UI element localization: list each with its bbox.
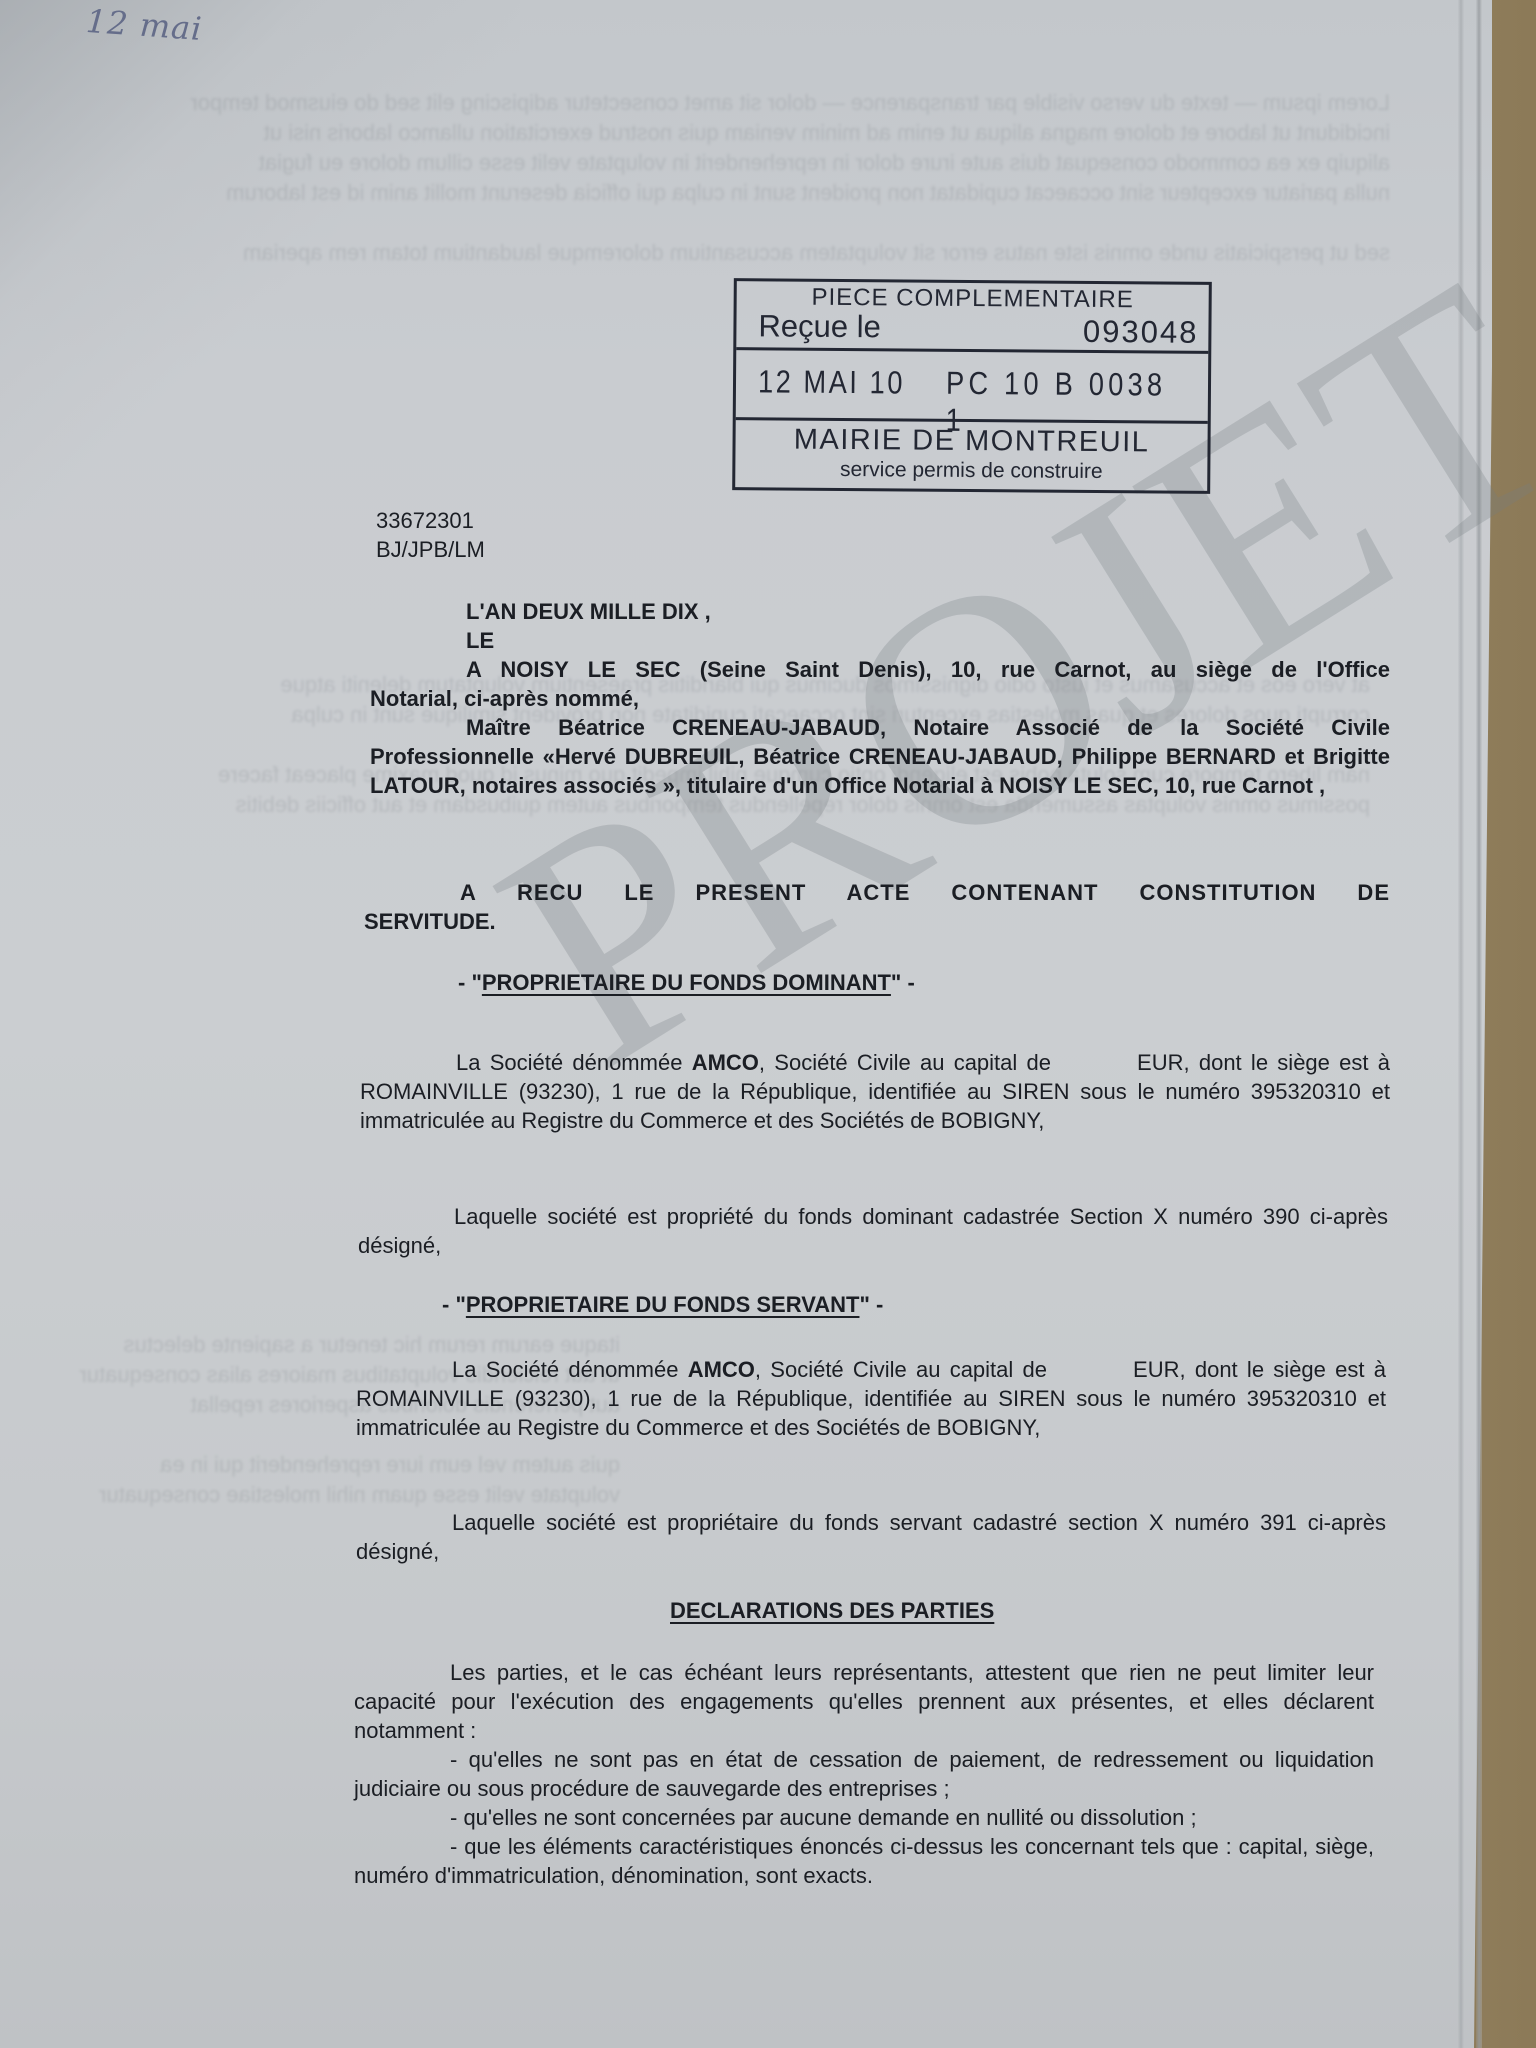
company-name: AMCO bbox=[692, 1050, 759, 1075]
deed-intro: L'AN DEUX MILLE DIX , LE A NOISY LE SEC … bbox=[370, 597, 1390, 800]
declarations-intro: Les parties, et le cas échéant leurs rep… bbox=[354, 1658, 1374, 1745]
date-line: LE bbox=[370, 626, 1390, 655]
dominant-company-paragraph: La Société dénommée AMCO, Société Civile… bbox=[360, 1048, 1390, 1135]
heading-declarations: DECLARATIONS DES PARTIES bbox=[670, 1596, 994, 1625]
heading-dominant-owner: - "PROPRIETAIRE DU FONDS DOMINANT" - bbox=[458, 968, 915, 997]
place-line: A NOISY LE SEC (Seine Saint Denis), 10, … bbox=[370, 655, 1390, 684]
heading-text: PROPRIETAIRE DU FONDS DOMINANT bbox=[482, 970, 891, 995]
heading-prefix: - " bbox=[442, 1292, 466, 1317]
act-received-statement: A RECU LE PRESENT ACTE CONTENANT CONSTIT… bbox=[364, 878, 1390, 936]
heading-prefix: - " bbox=[458, 970, 482, 995]
heading-text: PROPRIETAIRE DU FONDS SERVANT bbox=[466, 1292, 860, 1317]
file-number: 33672301 bbox=[376, 506, 485, 535]
document-body: 33672301 BJ/JPB/LM L'AN DEUX MILLE DIX ,… bbox=[0, 0, 1536, 2048]
place-line-cont: Notarial, ci-après nommé, bbox=[370, 684, 1390, 713]
dominant-property-paragraph: Laquelle société est propriété du fonds … bbox=[358, 1202, 1388, 1260]
heading-suffix: " - bbox=[859, 1292, 883, 1317]
heading-servant-owner: - "PROPRIETAIRE DU FONDS SERVANT" - bbox=[442, 1290, 883, 1319]
file-initials: BJ/JPB/LM bbox=[376, 535, 485, 564]
company-text: , Société Civile au capital de bbox=[759, 1050, 1051, 1075]
servant-company-paragraph: La Société dénommée AMCO, Société Civile… bbox=[356, 1355, 1386, 1442]
declarations-section: Les parties, et le cas échéant leurs rep… bbox=[354, 1658, 1374, 1890]
declaration-item: - qu'elles ne sont pas en état de cessat… bbox=[354, 1745, 1374, 1803]
notary-paragraph: Maître Béatrice CRENEAU-JABAUD, Notaire … bbox=[370, 713, 1390, 800]
file-reference: 33672301 BJ/JPB/LM bbox=[376, 506, 485, 564]
act-line-1: A RECU LE PRESENT ACTE CONTENANT CONSTIT… bbox=[364, 878, 1390, 907]
heading-text: DECLARATIONS DES PARTIES bbox=[670, 1598, 994, 1623]
servant-property-paragraph: Laquelle société est propriétaire du fon… bbox=[356, 1508, 1386, 1566]
company-intro: La Société dénommée bbox=[456, 1050, 692, 1075]
act-line-2: SERVITUDE. bbox=[364, 907, 1390, 936]
declaration-item: - que les éléments caractéristiques énon… bbox=[354, 1832, 1374, 1890]
year-line: L'AN DEUX MILLE DIX , bbox=[370, 597, 1390, 626]
company-text: , Société Civile au capital de bbox=[755, 1357, 1047, 1382]
company-name: AMCO bbox=[688, 1357, 755, 1382]
company-intro: La Société dénommée bbox=[452, 1357, 688, 1382]
declaration-item: - qu'elles ne sont concernées par aucune… bbox=[354, 1803, 1374, 1832]
heading-suffix: " - bbox=[891, 970, 915, 995]
